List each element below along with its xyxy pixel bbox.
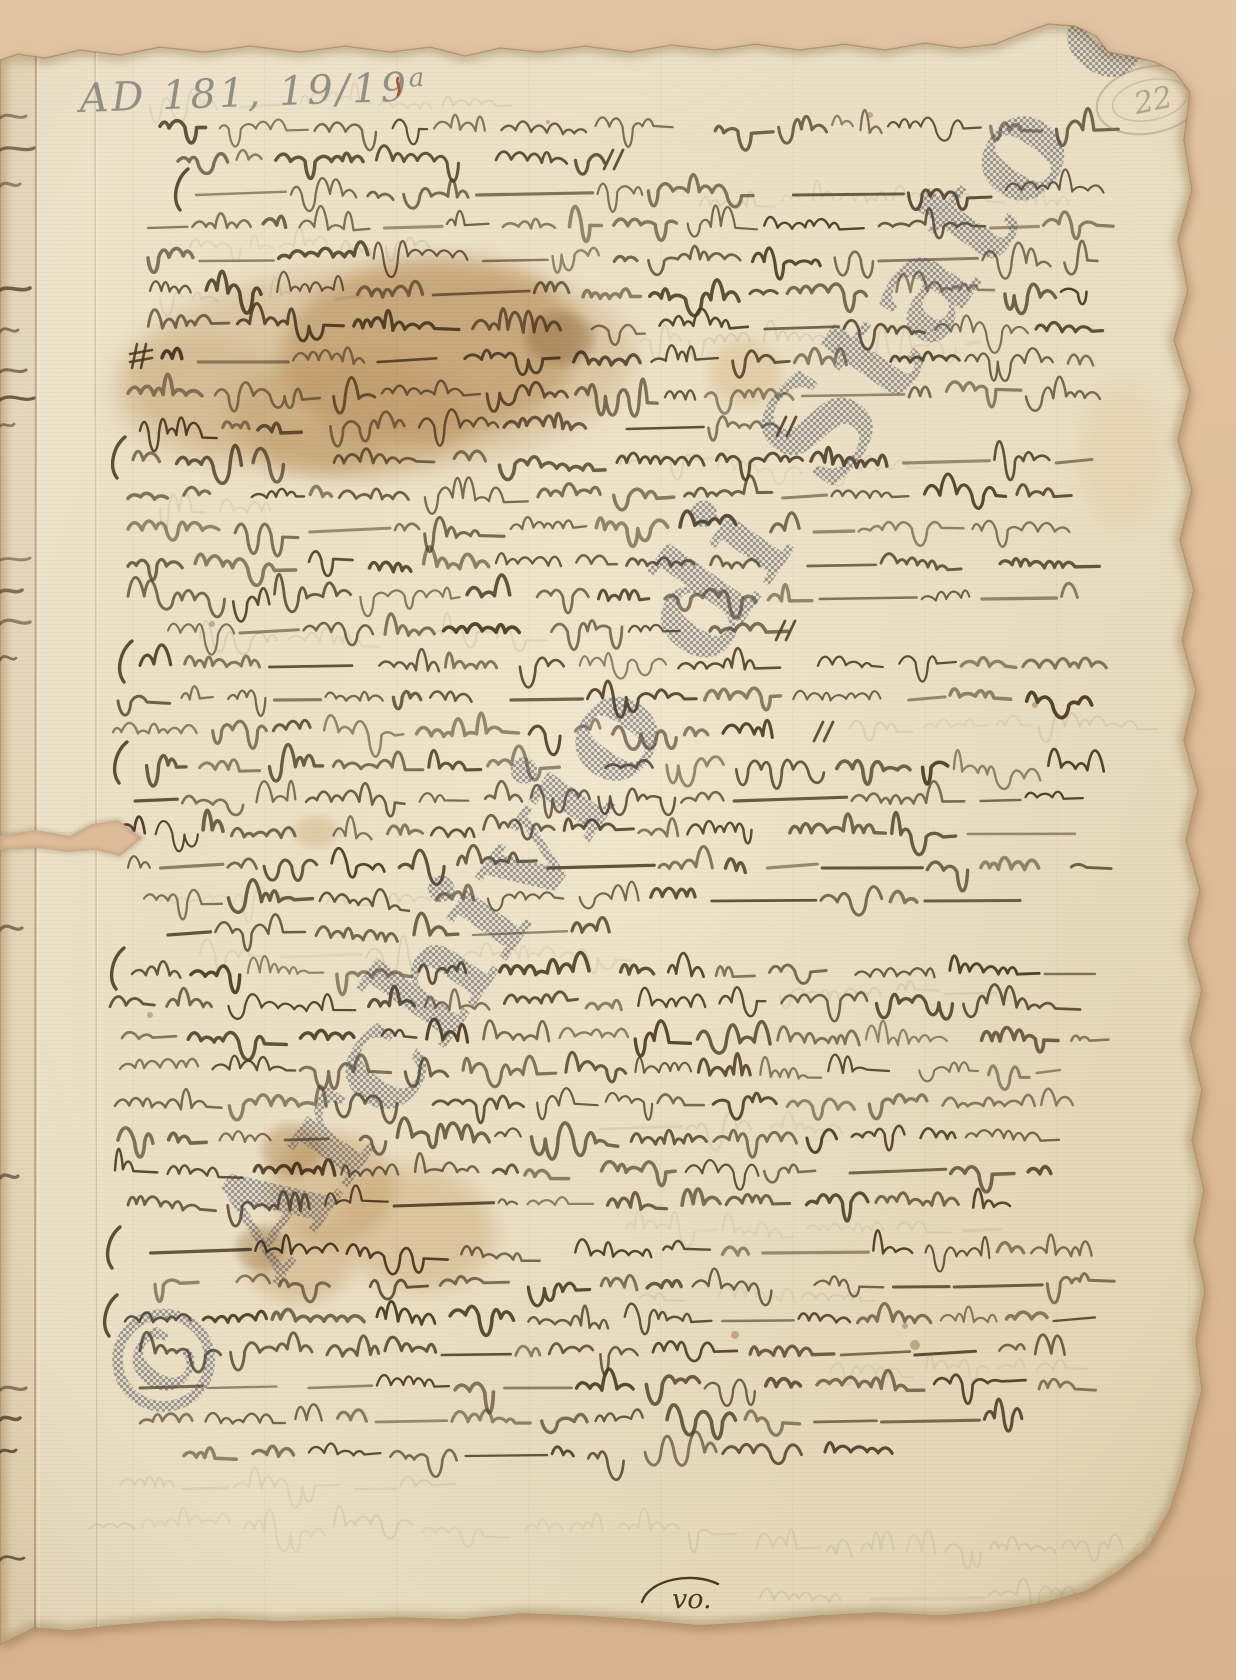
ink-connector-stroke <box>763 1252 868 1253</box>
ink-connector-stroke <box>442 1354 511 1355</box>
bleed-stroke <box>871 1598 984 1599</box>
ink-connector-stroke <box>982 598 1057 599</box>
ink-connector-stroke <box>483 260 547 261</box>
ink-connector-stroke <box>199 260 273 261</box>
ink-connector-stroke <box>384 226 442 228</box>
ink-connector-stroke <box>466 1455 548 1456</box>
ink-connector-stroke <box>981 800 1021 801</box>
manuscript-scan-viewport: vo. 22 AD 181, 19/19a © Archivio di Stat… <box>0 0 1236 1680</box>
ink-connector-stroke <box>820 597 917 599</box>
foxing-speck <box>910 1340 920 1350</box>
margin-ink-fragment <box>0 424 14 426</box>
bleed-stroke <box>183 1488 229 1489</box>
ink-connector-stroke <box>477 193 593 195</box>
ink-connector-stroke <box>269 666 352 667</box>
ink-connector-stroke <box>722 1320 793 1321</box>
ink-connector-stroke <box>882 1420 980 1422</box>
foxing-speck <box>731 1331 739 1339</box>
bleed-stroke <box>963 1229 1000 1231</box>
ink-connector-stroke <box>135 799 177 801</box>
paper-stain <box>1082 383 1162 527</box>
foxing-speck <box>209 621 215 627</box>
shelfmark-superscript: a <box>408 63 428 94</box>
manuscript-scan: vo. 22 AD 181, 19/19a © Archivio di Stat… <box>0 0 1236 1680</box>
paper-stain <box>526 312 594 364</box>
ink-connector-stroke <box>814 1421 876 1422</box>
foxing-speck <box>1032 702 1038 708</box>
ink-connector-stroke <box>376 1421 447 1422</box>
margin-ink-fragment <box>0 558 30 560</box>
foxing-speck <box>902 1323 908 1329</box>
paper-surface: vo. 22 AD 181, 19/19a © Archivio di Stat… <box>0 0 1236 1680</box>
foxing-speck <box>546 120 550 124</box>
catchword-label: vo. <box>672 1584 712 1615</box>
margin-ink-fragment <box>0 590 22 592</box>
margin-ink-fragment <box>0 288 30 290</box>
margin-ink-fragment <box>0 148 34 150</box>
margin-ink-fragment <box>0 1450 16 1452</box>
margin-ink-fragment <box>0 370 26 372</box>
ink-connector-stroke <box>712 900 816 901</box>
ink-connector-stroke <box>925 900 1020 901</box>
paper-stain <box>260 422 380 474</box>
ink-connector-stroke <box>148 227 187 228</box>
paper-stain <box>294 816 338 848</box>
margin-ink-fragment <box>0 1417 20 1420</box>
foxing-speck <box>147 1012 153 1018</box>
foxing-speck <box>867 112 873 118</box>
